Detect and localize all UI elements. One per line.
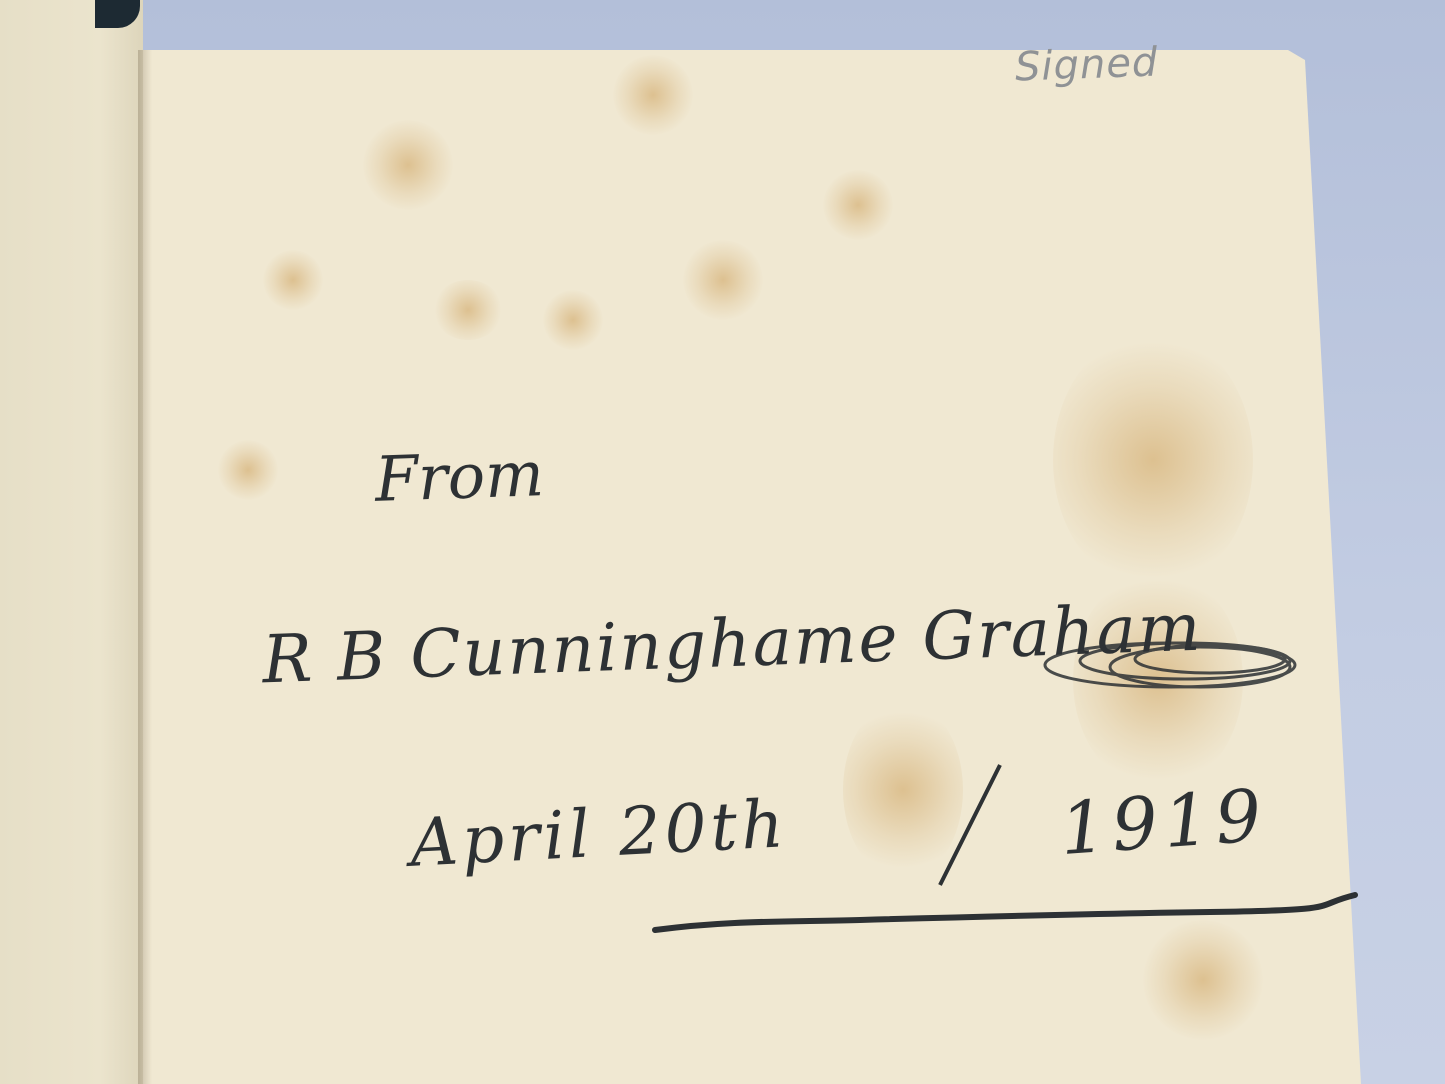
foxing-spot <box>543 290 603 350</box>
photo-scene: Signed From R B Cunninghame Graham April… <box>0 0 1445 1084</box>
inscription-from: From <box>374 437 545 516</box>
inscription-underline <box>650 890 1360 940</box>
foxing-spot <box>433 280 503 340</box>
foxing-stain <box>1053 330 1253 590</box>
foxing-spot <box>363 120 453 210</box>
pencil-note-signed: Signed <box>1014 40 1159 91</box>
signature-flourish <box>1010 625 1300 705</box>
date-separator-slash <box>930 760 1010 890</box>
left-page <box>0 0 143 1084</box>
foxing-spot <box>218 440 278 500</box>
foxing-spot <box>263 250 323 310</box>
gutter-shadow <box>138 50 152 1084</box>
foxing-spot <box>683 240 763 320</box>
foxing-spot <box>613 55 693 135</box>
inscription-year: 1919 <box>1057 773 1270 871</box>
foxing-spot <box>823 170 893 240</box>
